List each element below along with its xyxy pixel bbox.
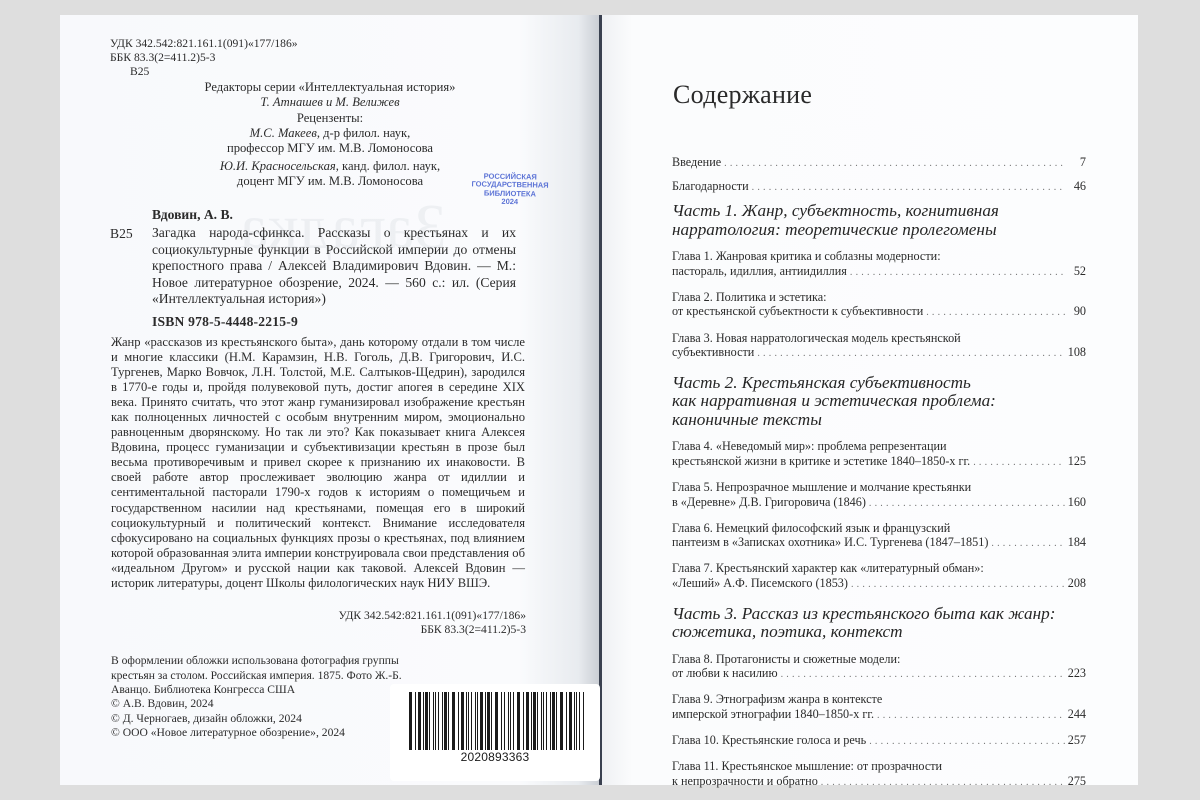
toc-entry: Глава 8. Протагонисты и сюжетные модели:… [672, 652, 1086, 683]
udk-bottom: УДК 342.542:821.161.1(091)«177/186» [290, 609, 526, 623]
toc-entry-line: Глава 3. Новая нарратологическая модель … [672, 331, 1086, 346]
dot-leader: ........................................… [851, 578, 1065, 593]
toc-entry: Глава 11. Крестьянское мышление: от проз… [672, 759, 1086, 790]
dot-leader: ........................................… [821, 776, 1065, 791]
toc-entry-text: Благодарности [672, 179, 749, 194]
toc-entry: Глава 7. Крестьянский характер как «лите… [672, 561, 1086, 592]
reviewer-1-name: М.С. Макеев [250, 126, 317, 140]
classification-block-top: УДК 342.542:821.161.1(091)«177/186» ББК … [110, 37, 298, 79]
barcode-sticker: 2020893363 [390, 684, 600, 781]
toc-entry-line: Глава 9. Этнографизм жанра в контексте [672, 692, 1086, 707]
toc-entry-last-line: Введение................................… [672, 155, 1086, 172]
toc-entry-line: Глава 4. «Неведомый мир»: проблема репре… [672, 439, 1086, 454]
dot-leader: ........................................… [973, 456, 1065, 471]
series-editors-names: Т. Атнашев и М. Велижев [120, 95, 540, 110]
toc-entry-last-line: Благодарности...........................… [672, 179, 1086, 196]
toc-entry-line: Глава 11. Крестьянское мышление: от проз… [672, 759, 1086, 774]
toc-page-number: 275 [1068, 774, 1086, 789]
toc-entry: Глава 6. Немецкий философский язык и фра… [672, 521, 1086, 552]
toc-entry-last-line: крестьянской жизни в критике и эстетике … [672, 454, 1086, 471]
book-spine [599, 15, 602, 785]
toc-entry-text: имперской этнографии 1840–1850-х гг. [672, 707, 874, 722]
toc-entry-text: в «Деревне» Д.В. Григоровича (1846) [672, 495, 866, 510]
barcode-icon [409, 692, 584, 750]
toc-part-heading: Часть 3. Рассказ из крестьянского быта к… [672, 605, 1086, 642]
toc-entry-last-line: Глава 10. Крестьянские голоса и речь....… [672, 733, 1086, 750]
toc-entry-last-line: от крестьянской субъектности к субъектив… [672, 304, 1086, 321]
author-heading: Вдовин, А. В. [152, 207, 233, 223]
toc-page-number: 108 [1068, 345, 1086, 360]
dot-leader: ........................................… [991, 537, 1064, 552]
annotation: Жанр «рассказов из крестьянского быта», … [111, 335, 525, 591]
toc-entry-text: крестьянской жизни в критике и эстетике … [672, 454, 970, 469]
code-top: В25 [110, 65, 298, 79]
toc-page-number: 52 [1068, 264, 1086, 279]
toc-entry-last-line: «Леший» А.Ф. Писемского (1853)..........… [672, 576, 1086, 593]
series-editors: Редакторы серии «Интеллектуальная истори… [120, 80, 540, 110]
copyright-list: © А.В. Вдовин, 2024 © Д. Черногаев, диза… [111, 697, 345, 741]
toc-entry-text: субъективности [672, 345, 754, 360]
toc-page-number: 223 [1068, 666, 1086, 681]
dot-leader: ........................................… [926, 306, 1065, 321]
toc-entry: Глава 4. «Неведомый мир»: проблема репре… [672, 439, 1086, 470]
toc-page-number: 90 [1068, 304, 1086, 319]
barcode-number: 2020893363 [390, 750, 600, 764]
udk-top: УДК 342.542:821.161.1(091)«177/186» [110, 37, 298, 51]
toc-entry-last-line: пантеизм в «Записках охотника» И.С. Тург… [672, 535, 1086, 552]
toc-entry-text: «Леший» А.Ф. Писемского (1853) [672, 576, 848, 591]
toc-title: Содержание [673, 80, 812, 110]
toc-page-number: 184 [1068, 535, 1086, 550]
catalog-code: В25 [110, 226, 133, 242]
toc-entry-text: Глава 10. Крестьянские голоса и речь [672, 733, 866, 748]
toc-page-number: 257 [1068, 733, 1086, 748]
toc-entry-line: Глава 8. Протагонисты и сюжетные модели: [672, 652, 1086, 667]
toc-part-heading-line: Часть 1. Жанр, субъектность, когнитивная [672, 202, 1086, 221]
toc-entry-last-line: от любви к насилию......................… [672, 666, 1086, 683]
toc-entry: Глава 9. Этнографизм жанра в контекстеим… [672, 692, 1086, 723]
toc-entry: Глава 1. Жанровая критика и соблазны мод… [672, 249, 1086, 280]
toc-entry: Глава 5. Непрозрачное мышление и молчани… [672, 480, 1086, 511]
toc-entry-last-line: пастораль, идиллия, антиидиллия.........… [672, 264, 1086, 281]
reviewer-1-line-1: М.С. Макеев, д-р филол. наук, [120, 126, 540, 141]
toc-part-heading-line: нарратология: теоретические пролегомены [672, 221, 1086, 240]
dot-leader: ........................................… [781, 668, 1065, 683]
toc-entry-last-line: имперской этнографии 1840–1850-х гг.....… [672, 707, 1086, 724]
toc-page-number: 244 [1068, 707, 1086, 722]
bbk-top: ББК 83.3(2=411.2)5-3 [110, 51, 298, 65]
reviewers-label: Рецензенты: [120, 111, 540, 126]
toc-part-heading-line: как нарративная и эстетическая проблема: [672, 392, 1086, 411]
toc-entry-line: Глава 2. Политика и эстетика: [672, 290, 1086, 305]
toc-page-number: 160 [1068, 495, 1086, 510]
toc-part-heading-line: каноничные тексты [672, 411, 1086, 430]
toc-entry: Введение................................… [672, 155, 1086, 172]
toc-page-number: 208 [1068, 576, 1086, 591]
toc-part-heading: Часть 1. Жанр, субъектность, когнитивная… [672, 202, 1086, 239]
toc-entry-text: от крестьянской субъектности к субъектив… [672, 304, 923, 319]
toc-part-heading-line: Часть 3. Рассказ из крестьянского быта к… [672, 605, 1086, 624]
toc-entry: Глава 3. Новая нарратологическая модель … [672, 331, 1086, 362]
toc-entry-last-line: к непрозрачности и обратно..............… [672, 774, 1086, 791]
dot-leader: ........................................… [757, 347, 1064, 362]
dot-leader: ........................................… [724, 157, 1065, 172]
toc-entry-text: от любви к насилию [672, 666, 778, 681]
series-editors-label: Редакторы серии «Интеллектуальная истори… [120, 80, 540, 95]
toc-entry-text: пантеизм в «Записках охотника» И.С. Тург… [672, 535, 988, 550]
classification-block-bottom: УДК 342.542:821.161.1(091)«177/186» ББК … [290, 609, 526, 637]
dot-leader: ........................................… [877, 709, 1065, 724]
toc-entry-last-line: в «Деревне» Д.В. Григоровича (1846).....… [672, 495, 1086, 512]
toc-part-heading: Часть 2. Крестьянская субъективностькак … [672, 374, 1086, 430]
toc-entry-last-line: субъективности..........................… [672, 345, 1086, 362]
table-of-contents: Введение................................… [672, 155, 1086, 800]
toc-entry-line: Глава 1. Жанровая критика и соблазны мод… [672, 249, 1086, 264]
bbk-bottom: ББК 83.3(2=411.2)5-3 [290, 623, 526, 637]
toc-entry: Глава 10. Крестьянские голоса и речь....… [672, 733, 1086, 750]
dot-leader: ........................................… [752, 181, 1065, 196]
dot-leader: ........................................… [850, 266, 1065, 281]
toc-entry-text: к непрозрачности и обратно [672, 774, 818, 789]
toc-part-heading-line: Часть 2. Крестьянская субъективность [672, 374, 1086, 393]
toc-page-number: 7 [1068, 155, 1086, 170]
library-stamp: РОССИЙСКАЯ ГОСУДАРСТВЕННАЯ БИБЛИОТЕКА 20… [455, 172, 566, 207]
isbn: ISBN 978-5-4448-2215-9 [152, 314, 298, 330]
copyright-line: © А.В. Вдовин, 2024 [111, 697, 345, 712]
reviewer-1-line-2: профессор МГУ им. М.В. Ломоносова [120, 141, 540, 156]
toc-entry: Благодарности...........................… [672, 179, 1086, 196]
copyright-line: © ООО «Новое литературное обозрение», 20… [111, 726, 345, 741]
toc-entry-text: Введение [672, 155, 721, 170]
reviewer-2-name: Ю.И. Красносельская [220, 159, 336, 173]
toc-entry-text: пастораль, идиллия, антиидиллия [672, 264, 847, 279]
toc-entry-line: Глава 6. Немецкий философский язык и фра… [672, 521, 1086, 536]
reviewer-2-degree: , канд. филол. наук, [336, 159, 440, 173]
bibliographic-description: Загадка народа-сфинкса. Рассказы о крест… [152, 225, 516, 308]
dot-leader: ........................................… [869, 497, 1065, 512]
dot-leader: ........................................… [869, 735, 1065, 750]
copyright-line: © Д. Черногаев, дизайн обложки, 2024 [111, 712, 345, 727]
reviewer-1-degree: , д-р филол. наук, [317, 126, 411, 140]
toc-entry: Глава 2. Политика и эстетика:от крестьян… [672, 290, 1086, 321]
toc-part-heading-line: сюжетика, поэтика, контекст [672, 623, 1086, 642]
toc-page-number: 46 [1068, 179, 1086, 194]
toc-entry-line: Глава 5. Непрозрачное мышление и молчани… [672, 480, 1086, 495]
toc-page-number: 125 [1068, 454, 1086, 469]
toc-entry-line: Глава 7. Крестьянский характер как «лите… [672, 561, 1086, 576]
